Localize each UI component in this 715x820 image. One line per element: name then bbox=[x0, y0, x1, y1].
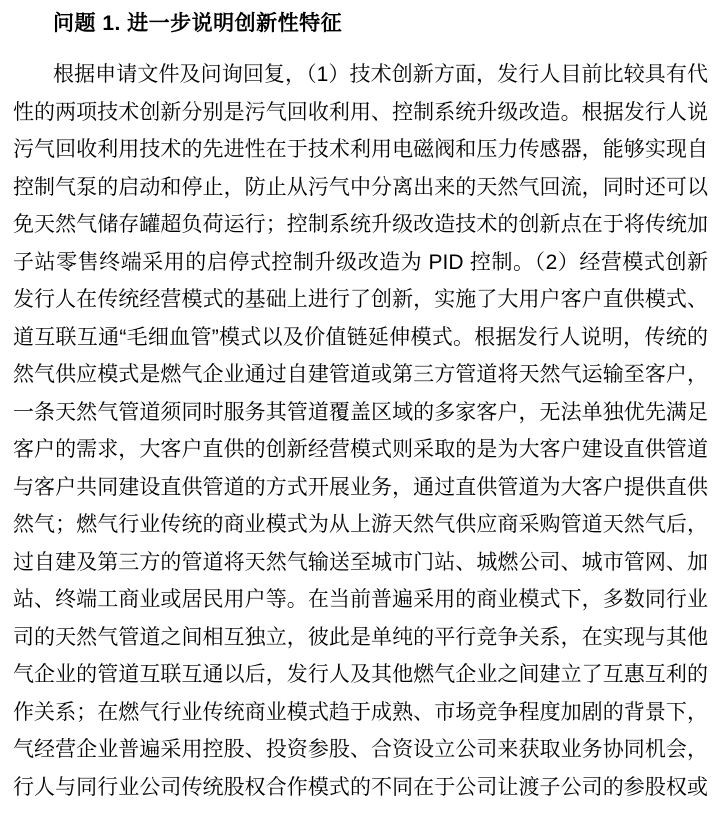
paragraph-line: 气企业的管道互联互通以后，发行人及其他燃气企业之间建立了互惠互利的合 bbox=[13, 656, 708, 694]
paragraph-line: 行人与同行业公司传统股权合作模式的不同在于公司让渡子公司的参股权或控 bbox=[13, 769, 708, 807]
paragraph-line: 道互联互通“毛细血管”模式以及价值链延伸模式。根据发行人说明，传统的天 bbox=[13, 319, 708, 357]
document-page: 问题 1. 进一步说明创新性特征 根据申请文件及问询回复，（1）技术创新方面，发… bbox=[0, 0, 715, 820]
paragraph-line: 客户的需求，大客户直供的创新经营模式则采取的是为大客户建设直供管道或 bbox=[13, 431, 708, 469]
paragraph-line: 作关系；在燃气行业传统商业模式趋于成熟、市场竞争程度加剧的背景下，燃 bbox=[13, 694, 708, 732]
paragraph-line: 与客户共同建设直供管道的方式开展业务，通过直供管道为大客户提供直供天 bbox=[13, 469, 708, 507]
body-paragraph: 根据申请文件及问询回复，（1）技术创新方面，发行人目前比较具有代表 性的两项技术… bbox=[0, 56, 715, 806]
paragraph-line: 一条天然气管道须同时服务其管道覆盖区域的多家客户，无法单独优先满足某 bbox=[13, 394, 708, 432]
paragraph-line: 根据申请文件及问询回复，（1）技术创新方面，发行人目前比较具有代表 bbox=[13, 56, 708, 94]
paragraph-line: 免天然气储存罐超负荷运行；控制系统升级改造技术的创新点在于将传统加气 bbox=[13, 206, 708, 244]
paragraph-line: 污气回收利用技术的先进性在于技术利用电磁阀和压力传感器，能够实现自动 bbox=[13, 131, 708, 169]
paragraph-line: 子站零售终端采用的启停式控制升级改造为 PID 控制。（2）经营模式创新方面， bbox=[13, 244, 708, 282]
section-heading: 问题 1. 进一步说明创新性特征 bbox=[53, 12, 715, 36]
paragraph-line: 然气；燃气行业传统的商业模式为从上游天然气供应商采购管道天然气后，通 bbox=[13, 506, 708, 544]
paragraph-line: 发行人在传统经营模式的基础上进行了创新，实施了大用户客户直供模式、管 bbox=[13, 281, 708, 319]
paragraph-line: 气经营企业普遍采用控股、投资参股、合资设立公司来获取业务协同机会，发 bbox=[13, 731, 708, 769]
paragraph-line: 司的天然气管道之间相互独立，彼此是单纯的平行竞争关系，在实现与其他燃 bbox=[13, 619, 708, 657]
paragraph-line: 过自建及第三方的管道将天然气输送至城市门站、城燃公司、城市管网、加气 bbox=[13, 544, 708, 582]
paragraph-line: 站、终端工商业或居民用户等。在当前普遍采用的商业模式下，多数同行业公 bbox=[13, 581, 708, 619]
paragraph-line: 性的两项技术创新分别是污气回收利用、控制系统升级改造。根据发行人说明， bbox=[13, 94, 708, 132]
paragraph-line: 然气供应模式是燃气企业通过自建管道或第三方管道将天然气运输至客户，同 bbox=[13, 356, 708, 394]
paragraph-line: 控制气泵的启动和停止，防止从污气中分离出来的天然气回流，同时还可以避 bbox=[13, 169, 708, 207]
